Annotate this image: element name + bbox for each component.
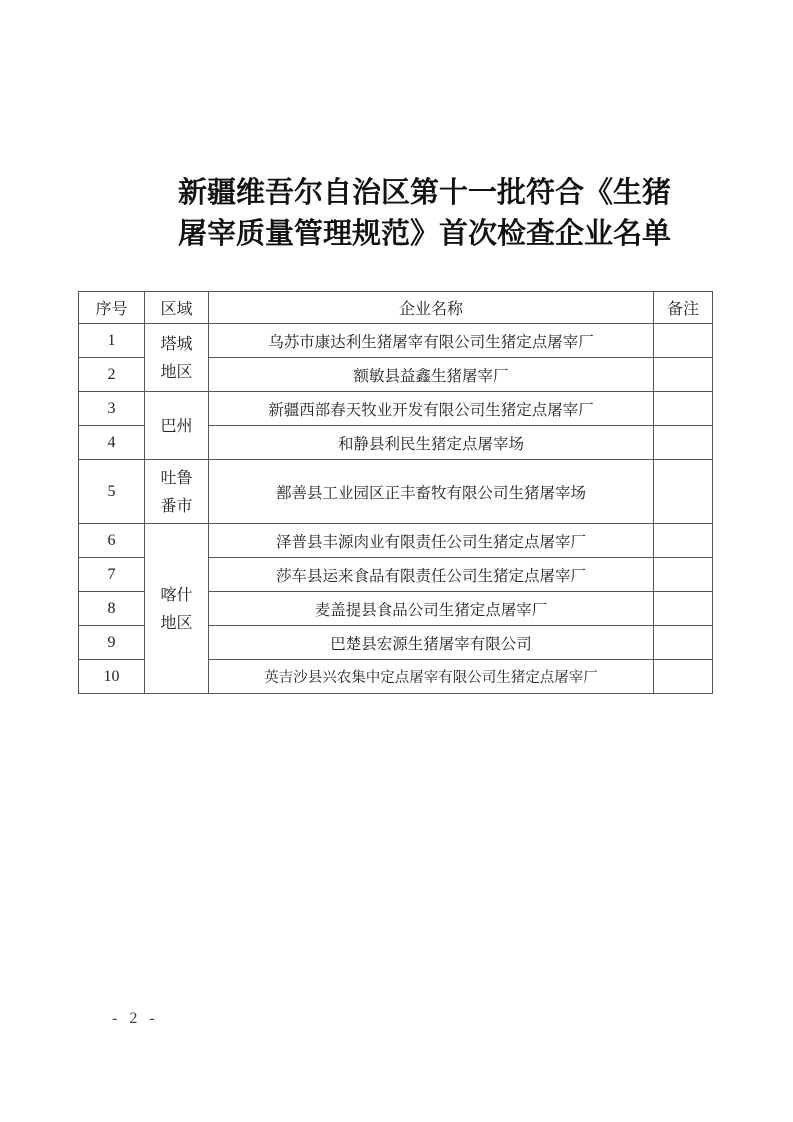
page-number: - 2 -	[112, 1010, 159, 1028]
region-cell: 喀什 地区	[145, 524, 209, 694]
enterprise-name: 巴楚县宏源生猪屠宰有限公司	[209, 626, 654, 660]
document-title: 新疆维吾尔自治区第十一批符合《生猪 屠宰质量管理规范》首次检查企业名单	[178, 172, 698, 254]
remarks-cell	[654, 558, 713, 592]
row-index: 6	[79, 524, 145, 558]
row-index: 9	[79, 626, 145, 660]
remarks-cell	[654, 660, 713, 694]
title-line-1: 新疆维吾尔自治区第十一批符合《生猪	[178, 172, 698, 213]
remarks-cell	[654, 392, 713, 426]
enterprise-name: 和静县利民生猪定点屠宰场	[209, 426, 654, 460]
enterprise-name: 额敏县益鑫生猪屠宰厂	[209, 358, 654, 392]
region-label: 喀什 地区	[160, 585, 192, 632]
table-row: 1 塔城 地区 乌苏市康达利生猪屠宰有限公司生猪定点屠宰厂	[79, 324, 713, 358]
enterprise-name: 乌苏市康达利生猪屠宰有限公司生猪定点屠宰厂	[209, 324, 654, 358]
row-index: 4	[79, 426, 145, 460]
header-remarks: 备注	[654, 292, 713, 324]
enterprise-name: 新疆西部春天牧业开发有限公司生猪定点屠宰厂	[209, 392, 654, 426]
enterprise-name: 麦盖提县食品公司生猪定点屠宰厂	[209, 592, 654, 626]
row-index: 1	[79, 324, 145, 358]
table-row: 5 吐鲁 番市 鄯善县工业园区正丰畜牧有限公司生猪屠宰场	[79, 460, 713, 524]
region-label: 巴州	[160, 416, 192, 435]
enterprise-name: 鄯善县工业园区正丰畜牧有限公司生猪屠宰场	[209, 460, 654, 524]
remarks-cell	[654, 524, 713, 558]
header-region: 区域	[145, 292, 209, 324]
table-header-row: 序号 区域 企业名称 备注	[79, 292, 713, 324]
table-row: 6 喀什 地区 泽普县丰源肉业有限责任公司生猪定点屠宰厂	[79, 524, 713, 558]
row-index: 7	[79, 558, 145, 592]
enterprise-name: 英吉沙县兴农集中定点屠宰有限公司生猪定点屠宰厂	[209, 660, 654, 694]
region-label: 吐鲁 番市	[160, 468, 192, 515]
table-row: 3 巴州 新疆西部春天牧业开发有限公司生猪定点屠宰厂	[79, 392, 713, 426]
enterprise-table: 序号 区域 企业名称 备注 1 塔城 地区 乌苏市康达利生猪屠宰有限公司生猪定点…	[78, 291, 713, 694]
remarks-cell	[654, 324, 713, 358]
title-line-2: 屠宰质量管理规范》首次检查企业名单	[178, 213, 698, 254]
row-index: 2	[79, 358, 145, 392]
row-index: 8	[79, 592, 145, 626]
header-index: 序号	[79, 292, 145, 324]
row-index: 10	[79, 660, 145, 694]
row-index: 5	[79, 460, 145, 524]
remarks-cell	[654, 358, 713, 392]
region-cell: 巴州	[145, 392, 209, 460]
region-label: 塔城 地区	[160, 334, 192, 381]
remarks-cell	[654, 426, 713, 460]
row-index: 3	[79, 392, 145, 426]
remarks-cell	[654, 626, 713, 660]
enterprise-name: 泽普县丰源肉业有限责任公司生猪定点屠宰厂	[209, 524, 654, 558]
remarks-cell	[654, 460, 713, 524]
region-cell: 吐鲁 番市	[145, 460, 209, 524]
enterprise-name: 莎车县运来食品有限责任公司生猪定点屠宰厂	[209, 558, 654, 592]
header-name: 企业名称	[209, 292, 654, 324]
region-cell: 塔城 地区	[145, 324, 209, 392]
remarks-cell	[654, 592, 713, 626]
